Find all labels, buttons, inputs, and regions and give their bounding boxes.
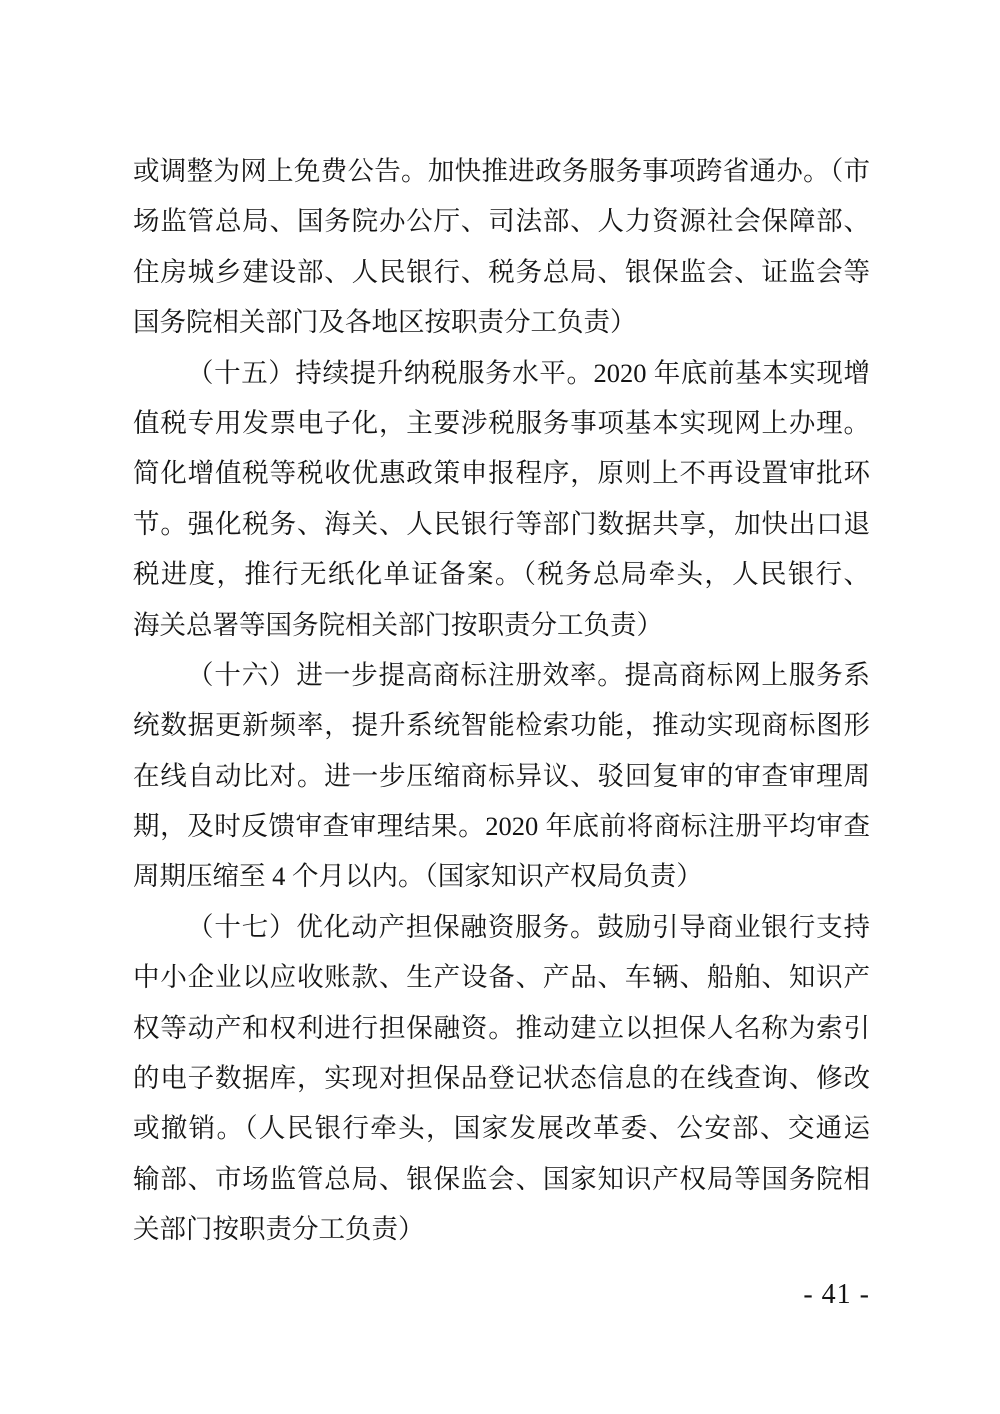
text-line: 期，及时反馈审查审理结果。2020 年底前将商标注册平均审查 bbox=[133, 801, 870, 851]
text-line: 节。强化税务、海关、人民银行等部门数据共享，加快出口退 bbox=[133, 499, 870, 549]
text-line: 简化增值税等税收优惠政策申报程序，原则上不再设置审批环 bbox=[133, 448, 870, 498]
text-line: 在线自动比对。进一步压缩商标异议、驳回复审的审查审理周 bbox=[133, 751, 870, 801]
text-line: 的电子数据库，实现对担保品登记状态信息的在线查询、修改 bbox=[133, 1053, 870, 1103]
text-line: 住房城乡建设部、人民银行、税务总局、银保监会、证监会等 bbox=[133, 247, 870, 297]
text-line: 场监管总局、国务院办公厅、司法部、人力资源社会保障部、 bbox=[133, 196, 870, 246]
text-line: （十六）进一步提高商标注册效率。提高商标网上服务系 bbox=[133, 650, 870, 700]
document-body: 或调整为网上免费公告。加快推进政务服务事项跨省通办。（市场监管总局、国务院办公厅… bbox=[133, 146, 870, 1255]
text-line: 或撤销。（人民银行牵头，国家发展改革委、公安部、交通运 bbox=[133, 1103, 870, 1153]
text-line: （十五）持续提升纳税服务水平。2020 年底前基本实现增 bbox=[133, 348, 870, 398]
text-line: 国务院相关部门及各地区按职责分工负责） bbox=[133, 297, 870, 347]
document-page: 或调整为网上免费公告。加快推进政务服务事项跨省通办。（市场监管总局、国务院办公厅… bbox=[0, 0, 1000, 1414]
text-line: 海关总署等国务院相关部门按职责分工负责） bbox=[133, 600, 870, 650]
text-line: 中小企业以应收账款、生产设备、产品、车辆、船舶、知识产 bbox=[133, 952, 870, 1002]
text-line: 关部门按职责分工负责） bbox=[133, 1204, 870, 1254]
text-line: （十七）优化动产担保融资服务。鼓励引导商业银行支持 bbox=[133, 902, 870, 952]
text-line: 或调整为网上免费公告。加快推进政务服务事项跨省通办。（市 bbox=[133, 146, 870, 196]
text-line: 统数据更新频率，提升系统智能检索功能，推动实现商标图形 bbox=[133, 700, 870, 750]
text-line: 权等动产和权利进行担保融资。推动建立以担保人名称为索引 bbox=[133, 1003, 870, 1053]
text-line: 周期压缩至 4 个月以内。（国家知识产权局负责） bbox=[133, 851, 870, 901]
page-number: - 41 - bbox=[803, 1278, 870, 1312]
text-line: 税进度，推行无纸化单证备案。（税务总局牵头，人民银行、 bbox=[133, 549, 870, 599]
text-line: 输部、市场监管总局、银保监会、国家知识产权局等国务院相 bbox=[133, 1154, 870, 1204]
text-line: 值税专用发票电子化，主要涉税服务事项基本实现网上办理。 bbox=[133, 398, 870, 448]
